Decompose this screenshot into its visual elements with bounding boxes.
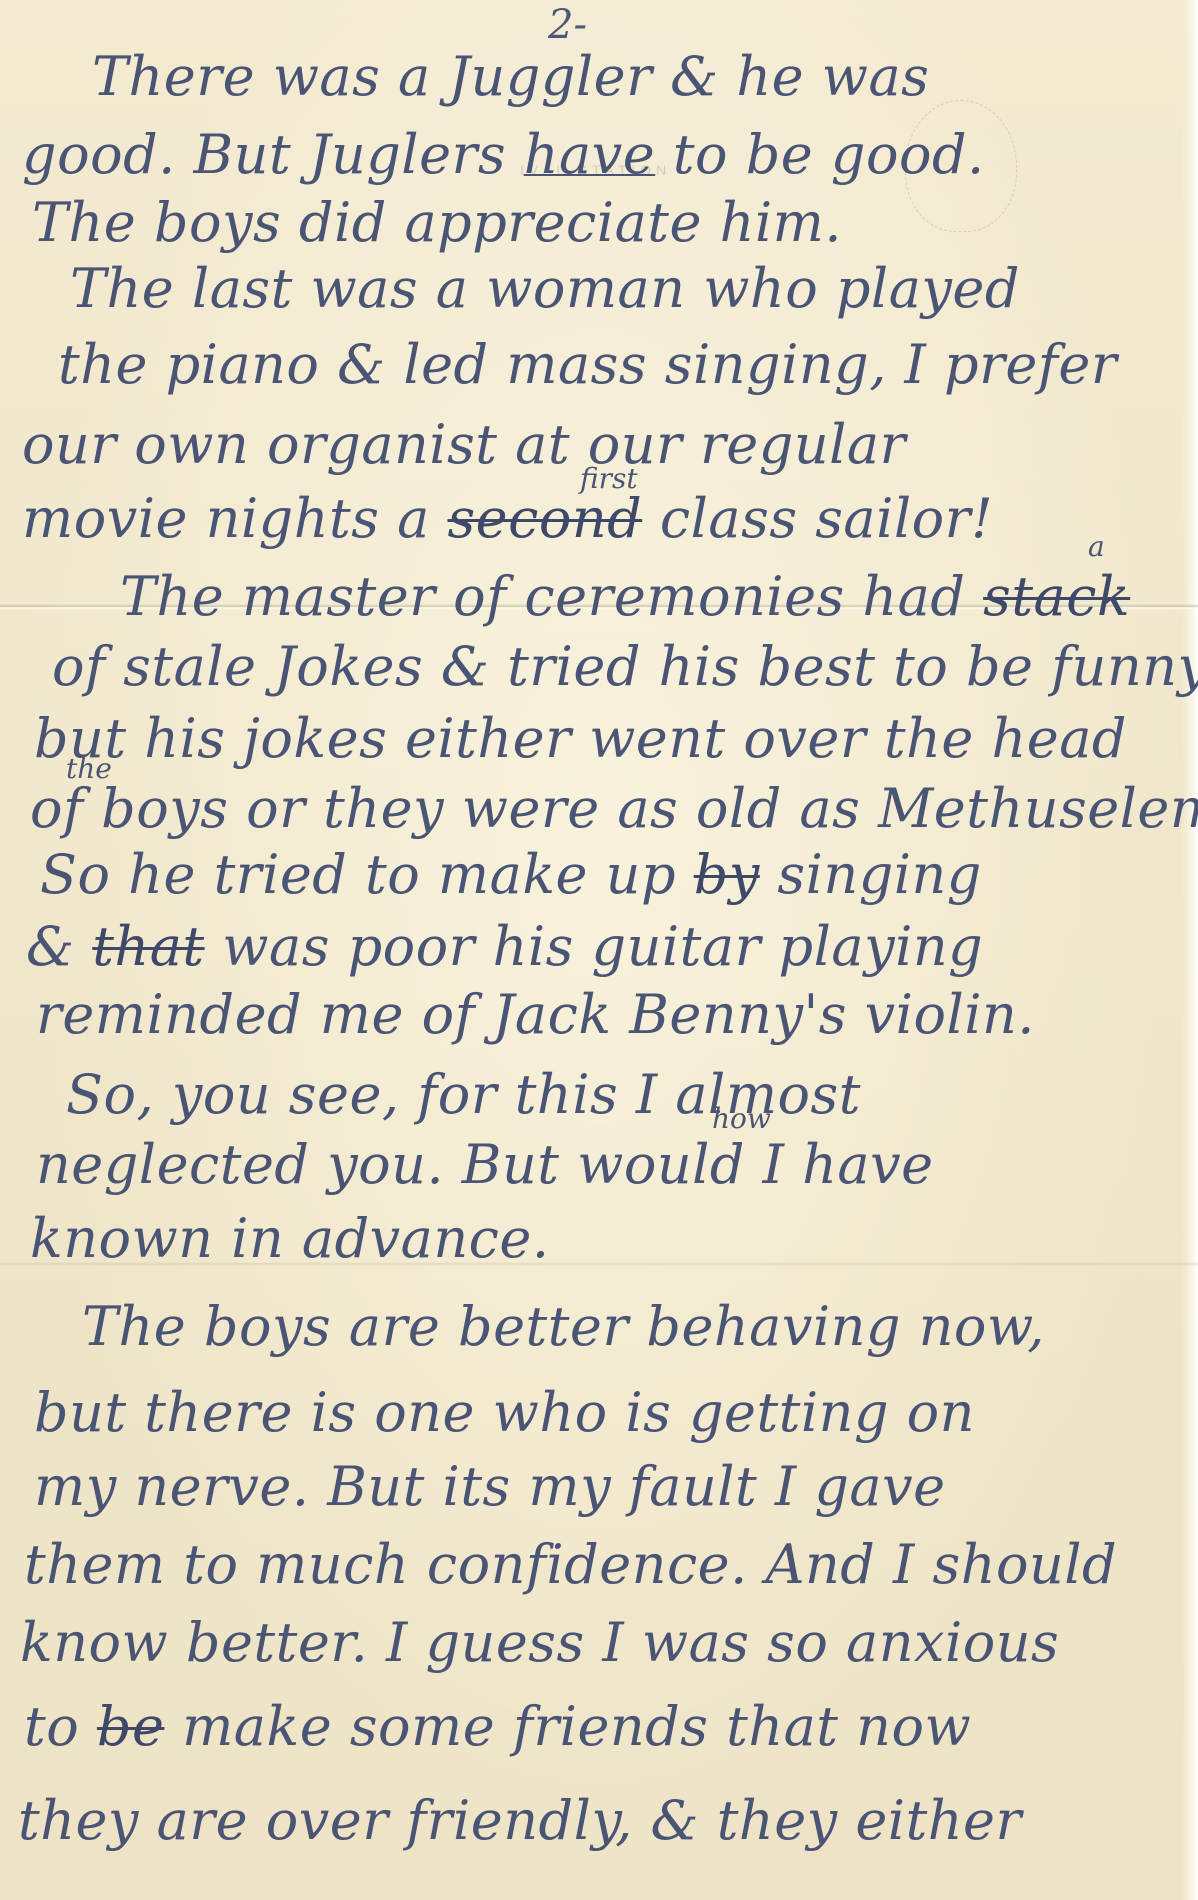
handwritten-line: they are over friendly, & they either <box>18 1794 1022 1848</box>
paper-edge <box>1182 0 1198 1900</box>
handwritten-line: & that was poor his guitar playing <box>26 920 983 974</box>
underlined-word: have <box>524 123 655 186</box>
handwritten-line: There was a Juggler & he was <box>92 50 929 104</box>
handwritten-line: of boys or they were as old as Methusele… <box>30 782 1198 836</box>
handwritten-line: my nerve. But its my fault I gave <box>34 1460 946 1514</box>
handwritten-line: to be make some friends that now <box>24 1700 971 1754</box>
handwritten-line: The boys are better behaving now, <box>82 1300 1045 1354</box>
handwritten-line: but there is one who is getting on <box>34 1386 975 1440</box>
struck-word: by <box>694 843 760 906</box>
handwritten-line: but his jokes either went over the head <box>34 712 1127 766</box>
struck-word: second <box>447 487 642 550</box>
handwritten-line: neglected you. But would I have <box>36 1138 934 1192</box>
struck-word: be <box>97 1695 165 1758</box>
struck-word: stack <box>983 565 1130 628</box>
inserted-word: a <box>1088 530 1105 563</box>
handwritten-line: our own organist at our regular <box>22 418 906 472</box>
handwritten-line: them to much confidence. And I should <box>24 1538 1117 1592</box>
handwritten-line: know better. I guess I was so anxious <box>20 1616 1059 1670</box>
struck-word: that <box>92 915 204 978</box>
handwritten-line: reminded me of Jack Benny's violin. <box>36 988 1035 1042</box>
handwritten-line: The last was a woman who played <box>70 262 1020 316</box>
handwritten-line: The master of ceremonies had stack <box>120 570 1130 624</box>
handwritten-line: of stale Jokes & tried his best to be fu… <box>52 640 1198 694</box>
handwritten-line: The boys did appreciate him. <box>32 196 842 250</box>
handwritten-line: movie nights a second class sailor! <box>22 492 993 546</box>
handwritten-line: good. But Juglers have to be good. <box>22 128 985 182</box>
handwritten-line: So he tried to make up by singing <box>40 848 982 902</box>
handwritten-line: known in advance. <box>30 1212 550 1266</box>
handwritten-line: the piano & led mass singing, I prefer <box>58 338 1117 392</box>
inserted-word: how <box>712 1102 771 1135</box>
page-number: 2- <box>548 2 587 48</box>
letter-page: IVAL STATION 2- There was a Juggler & he… <box>0 0 1198 1900</box>
